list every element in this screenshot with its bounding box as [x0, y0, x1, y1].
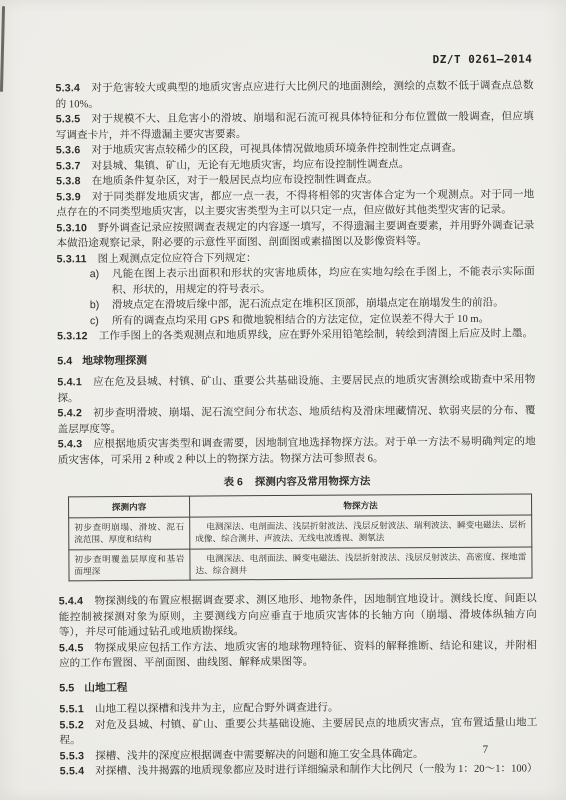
clause-5-3-6: 5.3.6对于地质灾害点较稀少的区段，可视具体情况做地质环境条件控制性定点调查。	[56, 140, 534, 158]
clause-number: 5.3.4	[55, 82, 80, 94]
clause-5-4-1: 5.4.1应在危及县城、村镇、矿山、重要公共基础设施、主要居民点的地质灾害测绘或…	[57, 372, 535, 406]
clause-number: 5.3.11	[57, 253, 87, 265]
table6-header-methods: 物探方法	[190, 494, 532, 517]
clause-5-3-5: 5.3.5对于规模不大、且危害小的滑坡、崩塌和泥石流可视具体特征和分布位置做一般…	[56, 109, 534, 143]
clause-number: 5.4.1	[57, 376, 82, 388]
clause-5-4-4: 5.4.4物探测线的布置应根据调查要求、测区地形、地物条件，因地制宜地设计。测线…	[59, 592, 537, 641]
clause-number: 5.5.4	[60, 765, 85, 777]
clause-5-5-4: 5.5.4对探槽、浅井揭露的地质现象都应及时进行详细编录和制作大比例尺（一般为 …	[60, 762, 538, 780]
table6-caption-label: 表 6	[224, 476, 243, 488]
clause-number: 5.4.2	[57, 407, 82, 419]
clause-text: 物探测线的布置应根据调查要求、测区地形、地物条件，因地制宜地设计。测线长度、间距…	[59, 594, 537, 639]
table-row: 初步查明崩塌、滑坡、泥石流范围、厚度和结构 电测深法、电剖面法、浅层折射波法、浅…	[69, 515, 532, 549]
clause-text: 对县城、集镇、矿山，无论有无地质灾害，均应布设控制性调查点。	[92, 159, 410, 172]
clause-number: 5.3.7	[56, 160, 81, 172]
clause-text: 对于同类群发地质灾害，都应一点一表，不得将相邻的灾害体合定为一个观测点。对于同一…	[56, 189, 534, 218]
clause-5-3-12: 5.3.12工作手图上的各类观测点和地质界线，应在野外采用铅笔绘制，转绘到清图上…	[57, 326, 535, 344]
table-row: 初步查明覆盖层厚度和基岩面埋深 电测深法、电剖面法、瞬变电磁法、浅层折射波法、浅…	[69, 547, 532, 581]
clause-5-4-5: 5.4.5物探成果应包括工作方法、地质灾害的地球物理特征、资料的解释推断、结论和…	[59, 638, 537, 672]
table6-row2-content: 初步查明覆盖层厚度和基岩面埋深	[69, 549, 190, 581]
table6: 探测内容 物探方法 初步查明崩塌、滑坡、泥石流范围、厚度和结构 电测深法、电剖面…	[68, 493, 533, 581]
clause-number: 5.4.4	[59, 595, 84, 607]
table6-row1-content: 初步查明崩塌、滑坡、泥石流范围、厚度和结构	[69, 517, 190, 549]
clause-text: 初步查明滑坡、崩塌、泥石流空间分布状态、地质结构及滑床埋藏情况、软弱夹层的分布、…	[58, 405, 536, 434]
clause-text: 应在危及县城、村镇、矿山、重要公共基础设施、主要居民点的地质灾害测绘或勘查中采用…	[57, 374, 535, 403]
clause-number: 5.3.8	[56, 175, 81, 187]
table6-header-content: 探测内容	[69, 496, 190, 518]
clause-number: 5.3.5	[56, 113, 81, 125]
clause-number: 5.5.1	[59, 703, 84, 715]
scanned-document-page: DZ/T 0261—2014 5.3.4对于危害较大或典型的地质灾害点应进行大比…	[0, 0, 566, 800]
table6-row1-methods: 电测深法、电剖面法、浅层折射波法、浅层反射波法、瑞利波法、瞬变电磁法、层析成像、…	[190, 515, 532, 549]
document-body: 5.3.4对于危害较大或典型的地质灾害点应进行大比例尺的地面测绘，测绘的点数不低…	[55, 78, 537, 780]
section-number: 5.5	[59, 682, 74, 694]
list-item-a: a)凡能在图上表示出面积和形状的灾害地质体，均应在实地勾绘在手图上，不能表示实际…	[57, 264, 535, 298]
list-label: a)	[90, 267, 112, 283]
clause-5-4-3: 5.4.3应根据地质灾害类型和调查需要，因地制宜地选择物探方法。对于单一方法不易…	[58, 434, 536, 468]
clause-text: 山地工程以探槽和浅井为主，应配合野外调查进行。	[95, 703, 339, 715]
clause-5-3-9: 5.3.9对于同类群发地质灾害，都应一点一表，不得将相邻的灾害体合定为一个观测点…	[56, 187, 534, 221]
clause-number: 5.5.2	[59, 719, 84, 731]
table6-caption: 表 6探测内容及常用物探方法	[58, 473, 536, 490]
clause-number: 5.5.3	[60, 750, 85, 762]
page-number: 7	[483, 744, 489, 756]
page-tilt-wrapper: DZ/T 0261—2014 5.3.4对于危害较大或典型的地质灾害点应进行大比…	[0, 0, 566, 800]
table6-caption-title: 探测内容及常用物探方法	[255, 475, 371, 488]
standard-number-header: DZ/T 0261—2014	[56, 52, 532, 68]
clause-text: 应根据地质灾害类型和调查需要，因地制宜地选择物探方法。对于单一方法不易明确判定的…	[58, 436, 536, 465]
section-heading-5-5: 5.5山地工程	[59, 678, 537, 696]
list-label: c)	[90, 314, 112, 330]
clause-text: 在地质条件复杂区，对于一般居民点均应布设控制性调查点。	[92, 174, 378, 187]
clause-number: 5.3.9	[56, 191, 81, 203]
clause-text: 物探成果应包括工作方法、地质灾害的地球物理特征、资料的解释推断、结论和建议，并附…	[59, 640, 537, 669]
clause-number: 5.4.3	[58, 438, 83, 450]
table6-row2-methods: 电测深法、电剖面法、瞬变电磁法、浅层折射波法、浅层反射波法、高密度、探地雷达、综…	[190, 547, 532, 581]
clause-5-3-10: 5.3.10野外调查记录应按照调查表规定的内容逐一填写，不得遗漏主要调查要素，并…	[56, 218, 534, 252]
clause-text: 对探槽、浅井揭露的地质现象都应及时进行详细编录和制作大比例尺（一般为 1：20～…	[95, 764, 537, 778]
clause-text: 野外调查记录应按照调查表规定的内容逐一填写，不得遗漏主要调查要素，并用野外调查记…	[56, 220, 534, 249]
clause-number: 5.3.12	[57, 330, 88, 342]
section-title: 地球物理探测	[82, 354, 147, 366]
list-text: 凡能在图上表示出面积和形状的灾害地质体，均应在实地勾绘在手图上，不能表示实际面积…	[112, 266, 535, 295]
clause-5-3-4: 5.3.4对于危害较大或典型的地质灾害点应进行大比例尺的地面测绘，测绘的点数不低…	[55, 78, 533, 112]
clause-text: 对于规模不大、且危害小的滑坡、崩塌和泥石流可视具体特征和分布位置做一般调查，但应…	[56, 111, 534, 140]
clause-text: 对于地质灾害点较稀少的区段，可视具体情况做地质环境条件控制性定点调查。	[91, 143, 462, 156]
table6-header-row: 探测内容 物探方法	[69, 494, 532, 518]
list-label: b)	[90, 298, 112, 314]
section-number: 5.4	[57, 355, 72, 367]
clause-number: 5.3.6	[56, 144, 81, 156]
clause-5-4-2: 5.4.2初步查明滑坡、崩塌、泥石流空间分布状态、地质结构及滑床埋藏情况、软弱夹…	[57, 403, 535, 437]
clause-text: 工作手图上的各类观测点和地质界线，应在野外采用铅笔绘制，转绘到清图上后应及时上墨…	[99, 328, 533, 342]
clause-5-5-2: 5.5.2对危及县城、村镇、矿山、重要公共基础设施、主要居民点的地质灾害点，宜布…	[59, 715, 537, 749]
list-text: 滑坡点定在滑坡后缘中部，泥石流点定在堆积区顶部，崩塌点定在崩塌发生的前沿。	[112, 298, 504, 311]
section-title: 山地工程	[84, 682, 127, 694]
clause-text: 对于危害较大或典型的地质灾害点应进行大比例尺的地面测绘，测绘的点数不低于调查点总…	[56, 80, 534, 109]
clause-text: 对危及县城、村镇、矿山、重要公共基础设施、主要居民点的地质灾害点，宜布置适量山地…	[59, 717, 537, 746]
clause-number: 5.4.5	[59, 642, 84, 654]
clause-text: 图上观测点定位应符合下列规定：	[98, 253, 257, 265]
list-text: 所有的调查点均采用 GPS 和微地貌相结合的方法定位，定位误差不得大于 10 m…	[112, 313, 489, 326]
clause-number: 5.3.10	[56, 222, 87, 234]
section-heading-5-4: 5.4地球物理探测	[57, 351, 535, 369]
